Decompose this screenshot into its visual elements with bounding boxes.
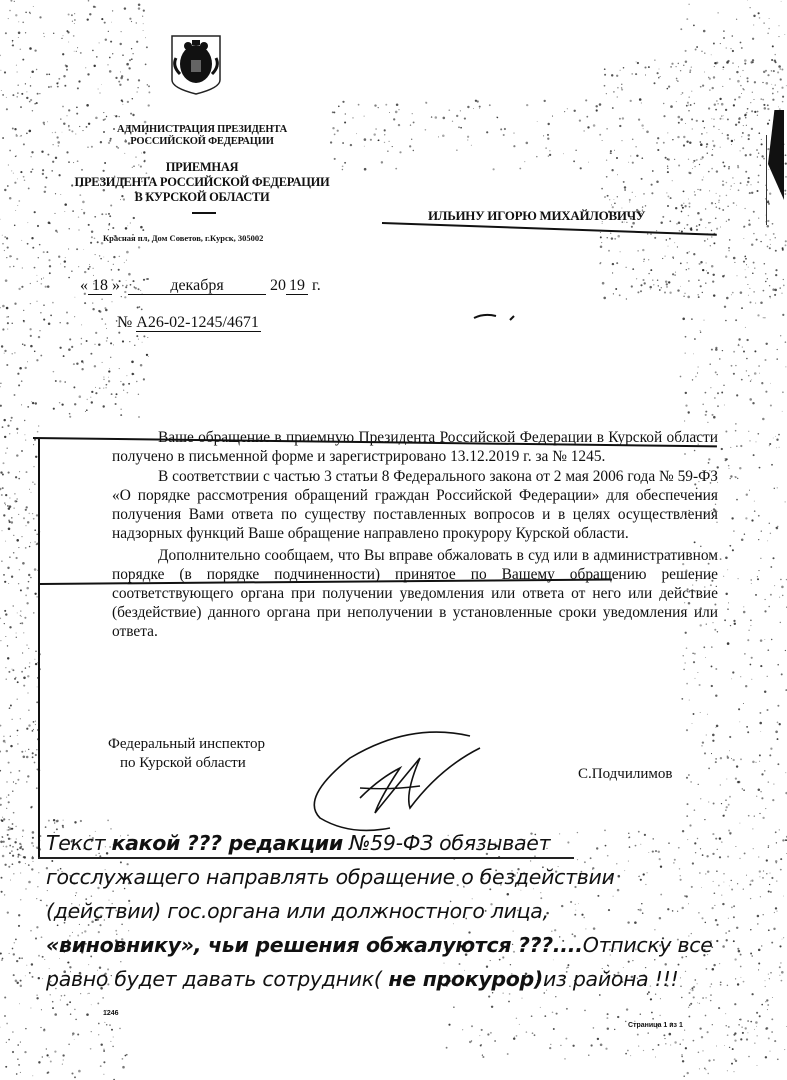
annotation-line-4: «виновнику», чьи решения обжалуются ???.… [46,928,746,962]
date-open-quote: « [80,277,88,294]
annotation-line-4-end: Отписку все [583,933,713,957]
annotation-line-2: госслужащего направлять обращение о безд… [46,860,746,894]
date-line: «18» декабря 2019 г. [80,277,321,295]
signatory-position-line-1: Федеральный инспектор [108,735,265,754]
annotation-line-1-end: №59-ФЗ обязывает [343,831,550,855]
letter-body: Ваше обращение в приемную Президента Рос… [112,428,718,641]
scan-edge-artifact [768,110,784,200]
date-close-quote: » [112,277,120,294]
reference-number-value: А26-02-1245/4671 [136,314,261,332]
handwritten-signature-icon [300,728,500,838]
annotation-line-5-end: из района !!! [543,967,678,991]
paragraph-2: В соответствии с частью 3 статьи 8 Федер… [112,467,718,543]
date-year-unit: г. [312,277,321,294]
header-divider [192,212,216,214]
office-line-2: ПРЕЗИДЕНТА РОССИЙСКОЙ ФЕДЕРАЦИИ [62,175,342,190]
annotation-line-4-bold: «виновнику», чьи решения обжалуются ???.… [46,933,583,957]
annotation-underline [38,857,574,859]
annotation-line-1-start: Текст [46,831,111,855]
office-title: ПРИЕМНАЯ ПРЕЗИДЕНТА РОССИЙСКОЙ ФЕДЕРАЦИИ… [62,160,342,205]
date-day: 18 [88,277,112,295]
frame-line-left [38,439,40,859]
page-indicator: Страница 1 из 1 [628,1022,683,1029]
stray-pen-marks [470,310,550,330]
annotation-line-5: равно будет давать сотрудник( не прокуро… [46,962,746,996]
office-line-3: В КУРСКОЙ ОБЛАСТИ [62,190,342,205]
date-month: декабря [128,277,266,295]
administration-line-1: АДМИНИСТРАЦИЯ ПРЕЗИДЕНТА [112,124,292,136]
paragraph-1: Ваше обращение в приемную Президента Рос… [112,428,718,466]
administration-title: АДМИНИСТРАЦИЯ ПРЕЗИДЕНТА РОССИЙСКОЙ ФЕДЕ… [112,124,292,148]
annotation-line-3: (действии) гос.органа или должностного л… [46,894,746,928]
footer-code: 1246 [103,1010,119,1017]
signatory-position: Федеральный инспектор по Курской области [108,735,265,773]
scan-edge-line [766,135,767,225]
date-year-prefix: 20 [270,277,286,294]
annotation-line-1: Текст какой ??? редакции №59-ФЗ обязывае… [46,826,746,860]
annotation-line-5-start: равно будет давать сотрудник( [46,967,382,991]
handwritten-annotation: Текст какой ??? редакции №59-ФЗ обязывае… [46,826,746,996]
address: Красная пл, Дом Советов, г.Курск, 305002 [103,233,263,243]
reference-number: № А26-02-1245/4671 [117,314,261,332]
recipient-name: ИЛЬИНУ ИГОРЮ МИХАЙЛОВИЧУ [428,208,645,224]
annotation-line-1-bold: какой ??? редакции [111,831,342,855]
reference-number-sign: № [117,314,132,331]
date-year-suffix: 19 [286,277,308,295]
signatory-position-line-2: по Курской области [108,754,265,773]
paragraph-3: Дополнительно сообщаем, что Вы вправе об… [112,546,718,641]
russian-coat-of-arms-icon [170,34,222,96]
office-line-1: ПРИЕМНАЯ [62,160,342,175]
administration-line-2: РОССИЙСКОЙ ФЕДЕРАЦИИ [112,136,292,148]
annotation-line-5-bold: не прокурор) [382,967,543,991]
signatory-name: С.Подчилимов [578,765,672,784]
